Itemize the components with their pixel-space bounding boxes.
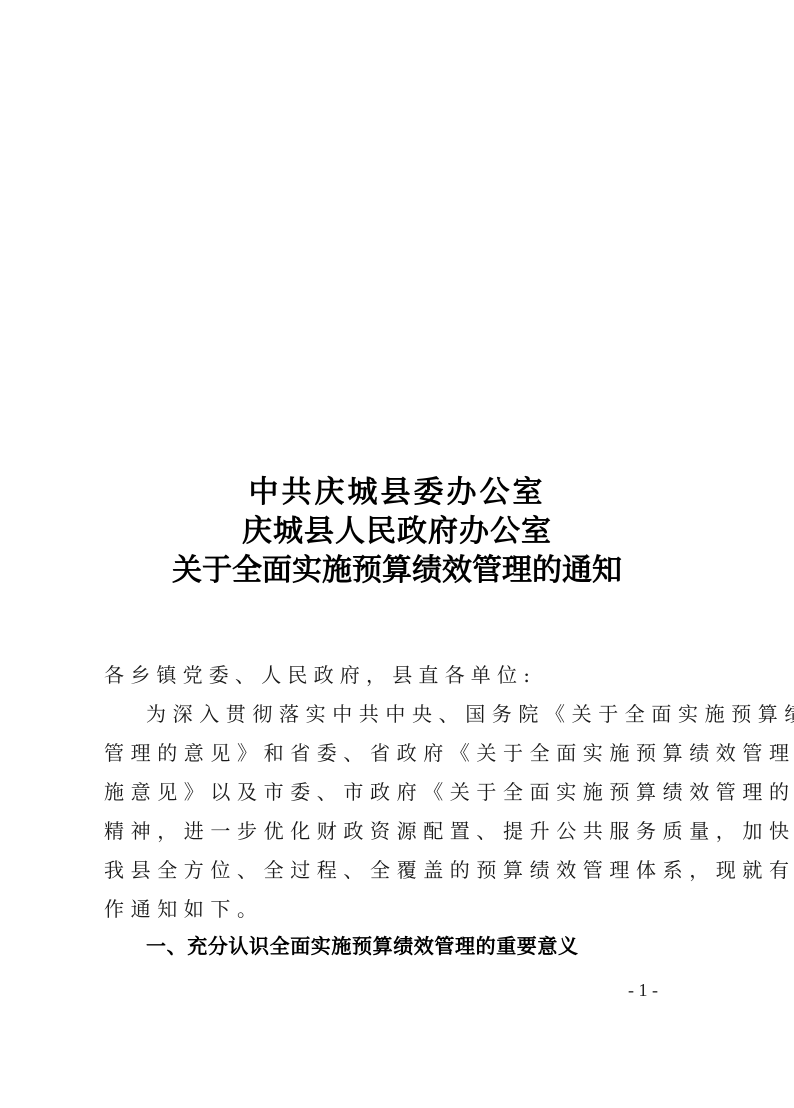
paragraph-line: 施意见》以及市委、市政府《关于全面实施预算绩效管理的通知》 — [104, 773, 694, 812]
salutation: 各乡镇党委、人民政府，县直各单位: — [104, 656, 694, 695]
page-number: - 1 - — [628, 978, 658, 1002]
section-heading-1: 一、充分认识全面实施预算绩效管理的重要意义 — [146, 929, 579, 963]
paragraph-line: 我县全方位、全过程、全覆盖的预算绩效管理体系，现就有关工 — [104, 851, 694, 890]
paragraph-line: 为深入贯彻落实中共中央、国务院《关于全面实施预算绩效 — [104, 695, 694, 734]
title-issuer-government-office: 庆城县人民政府办公室 — [0, 512, 794, 551]
title-issuer-party-office: 中共庆城县委办公室 — [0, 473, 794, 512]
paragraph-line: 管理的意见》和省委、省政府《关于全面实施预算绩效管理的实 — [104, 734, 694, 773]
document-page: 中共庆城县委办公室 庆城县人民政府办公室 关于全面实施预算绩效管理的通知 各乡镇… — [0, 0, 794, 1108]
paragraph-line: 作通知如下。 — [104, 890, 694, 929]
paragraph-line: 精神，进一步优化财政资源配置、提升公共服务质量，加快构建 — [104, 812, 694, 851]
document-title: 中共庆城县委办公室 庆城县人民政府办公室 关于全面实施预算绩效管理的通知 — [0, 473, 794, 590]
document-body: 各乡镇党委、人民政府，县直各单位: 为深入贯彻落实中共中央、国务院《关于全面实施… — [104, 656, 694, 929]
title-subject: 关于全面实施预算绩效管理的通知 — [0, 551, 794, 590]
